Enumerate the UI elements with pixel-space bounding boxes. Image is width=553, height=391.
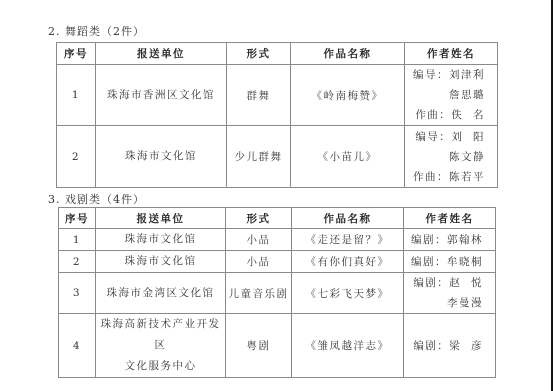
cell-unit: 珠海市香洲区文化馆 [96, 65, 227, 126]
header-author: 作者姓名 [405, 43, 498, 65]
cell-no: 3 [59, 273, 96, 314]
cell-form: 少儿群舞 [227, 126, 291, 188]
cell-work: 《走还是留？》 [292, 229, 404, 251]
dance-table: 序号 报送单位 形式 作品名称 作者姓名 1 珠海市香洲区文化馆 群舞 《岭南梅… [56, 42, 498, 188]
cell-no: 4 [59, 314, 96, 378]
table-row: 1 珠海市香洲区文化馆 群舞 《岭南梅赞》 编导：刘津利 詹思璐 作曲：佚 名 [57, 65, 498, 126]
cell-form: 粤剧 [226, 314, 292, 378]
header-author: 作者姓名 [404, 208, 496, 229]
cell-no: 2 [59, 251, 96, 273]
table-row: 2 珠海市文化馆 小品 《有你们真好》 编剧：牟晓桐 [59, 251, 496, 273]
header-work: 作品名称 [291, 43, 405, 65]
cell-work: 《有你们真好》 [292, 251, 404, 273]
header-no: 序号 [59, 208, 96, 229]
table-header-row: 序号 报送单位 形式 作品名称 作者姓名 [57, 43, 498, 65]
table-row: 4 珠海高新技术产业开发区 文化服务中心 粤剧 《雏凤越洋志》 编剧：梁 彦 [59, 314, 496, 378]
cell-form: 群舞 [227, 65, 291, 126]
cell-work: 《雏凤越洋志》 [292, 314, 404, 378]
section-title-dance: 2. 舞蹈类（2件） [48, 23, 145, 39]
cell-author: 编剧：牟晓桐 [404, 251, 496, 273]
cell-form: 小品 [226, 229, 292, 251]
drama-table: 序号 报送单位 形式 作品名称 作者姓名 1 珠海市文化馆 小品 《走还是留？》… [58, 207, 496, 378]
cell-unit: 珠海市文化馆 [96, 229, 226, 251]
cell-unit: 珠海高新技术产业开发区 文化服务中心 [96, 314, 226, 378]
cell-work: 《小苗儿》 [291, 126, 405, 188]
cell-author: 编剧：梁 彦 [404, 314, 496, 378]
cell-no: 1 [57, 65, 96, 126]
cell-work: 《岭南梅赞》 [291, 65, 405, 126]
cell-author: 编导：刘 阳 陈文静 作曲：陈若平 [405, 126, 498, 188]
cell-author: 编导：刘津利 詹思璐 作曲：佚 名 [405, 65, 498, 126]
header-unit: 报送单位 [96, 43, 227, 65]
cell-author: 编剧：赵 悦 李曼漫 [404, 273, 496, 314]
cell-unit: 珠海市文化馆 [96, 251, 226, 273]
cell-form: 小品 [226, 251, 292, 273]
table-header-row: 序号 报送单位 形式 作品名称 作者姓名 [59, 208, 496, 229]
table-row: 2 珠海市文化馆 少儿群舞 《小苗儿》 编导：刘 阳 陈文静 作曲：陈若平 [57, 126, 498, 188]
cell-no: 2 [57, 126, 96, 188]
cell-no: 1 [59, 229, 96, 251]
cell-work: 《七彩飞天梦》 [292, 273, 404, 314]
cell-author: 编剧：郭翰林 [404, 229, 496, 251]
header-unit: 报送单位 [96, 208, 226, 229]
header-form: 形式 [226, 208, 292, 229]
table-row: 1 珠海市文化馆 小品 《走还是留？》 编剧：郭翰林 [59, 229, 496, 251]
header-form: 形式 [227, 43, 291, 65]
header-no: 序号 [57, 43, 96, 65]
cell-unit: 珠海市金湾区文化馆 [96, 273, 226, 314]
cell-form: 儿童音乐剧 [226, 273, 292, 314]
section-title-drama: 3. 戏剧类（4件） [48, 191, 145, 207]
cell-unit: 珠海市文化馆 [96, 126, 227, 188]
header-work: 作品名称 [292, 208, 404, 229]
table-row: 3 珠海市金湾区文化馆 儿童音乐剧 《七彩飞天梦》 编剧：赵 悦 李曼漫 [59, 273, 496, 314]
